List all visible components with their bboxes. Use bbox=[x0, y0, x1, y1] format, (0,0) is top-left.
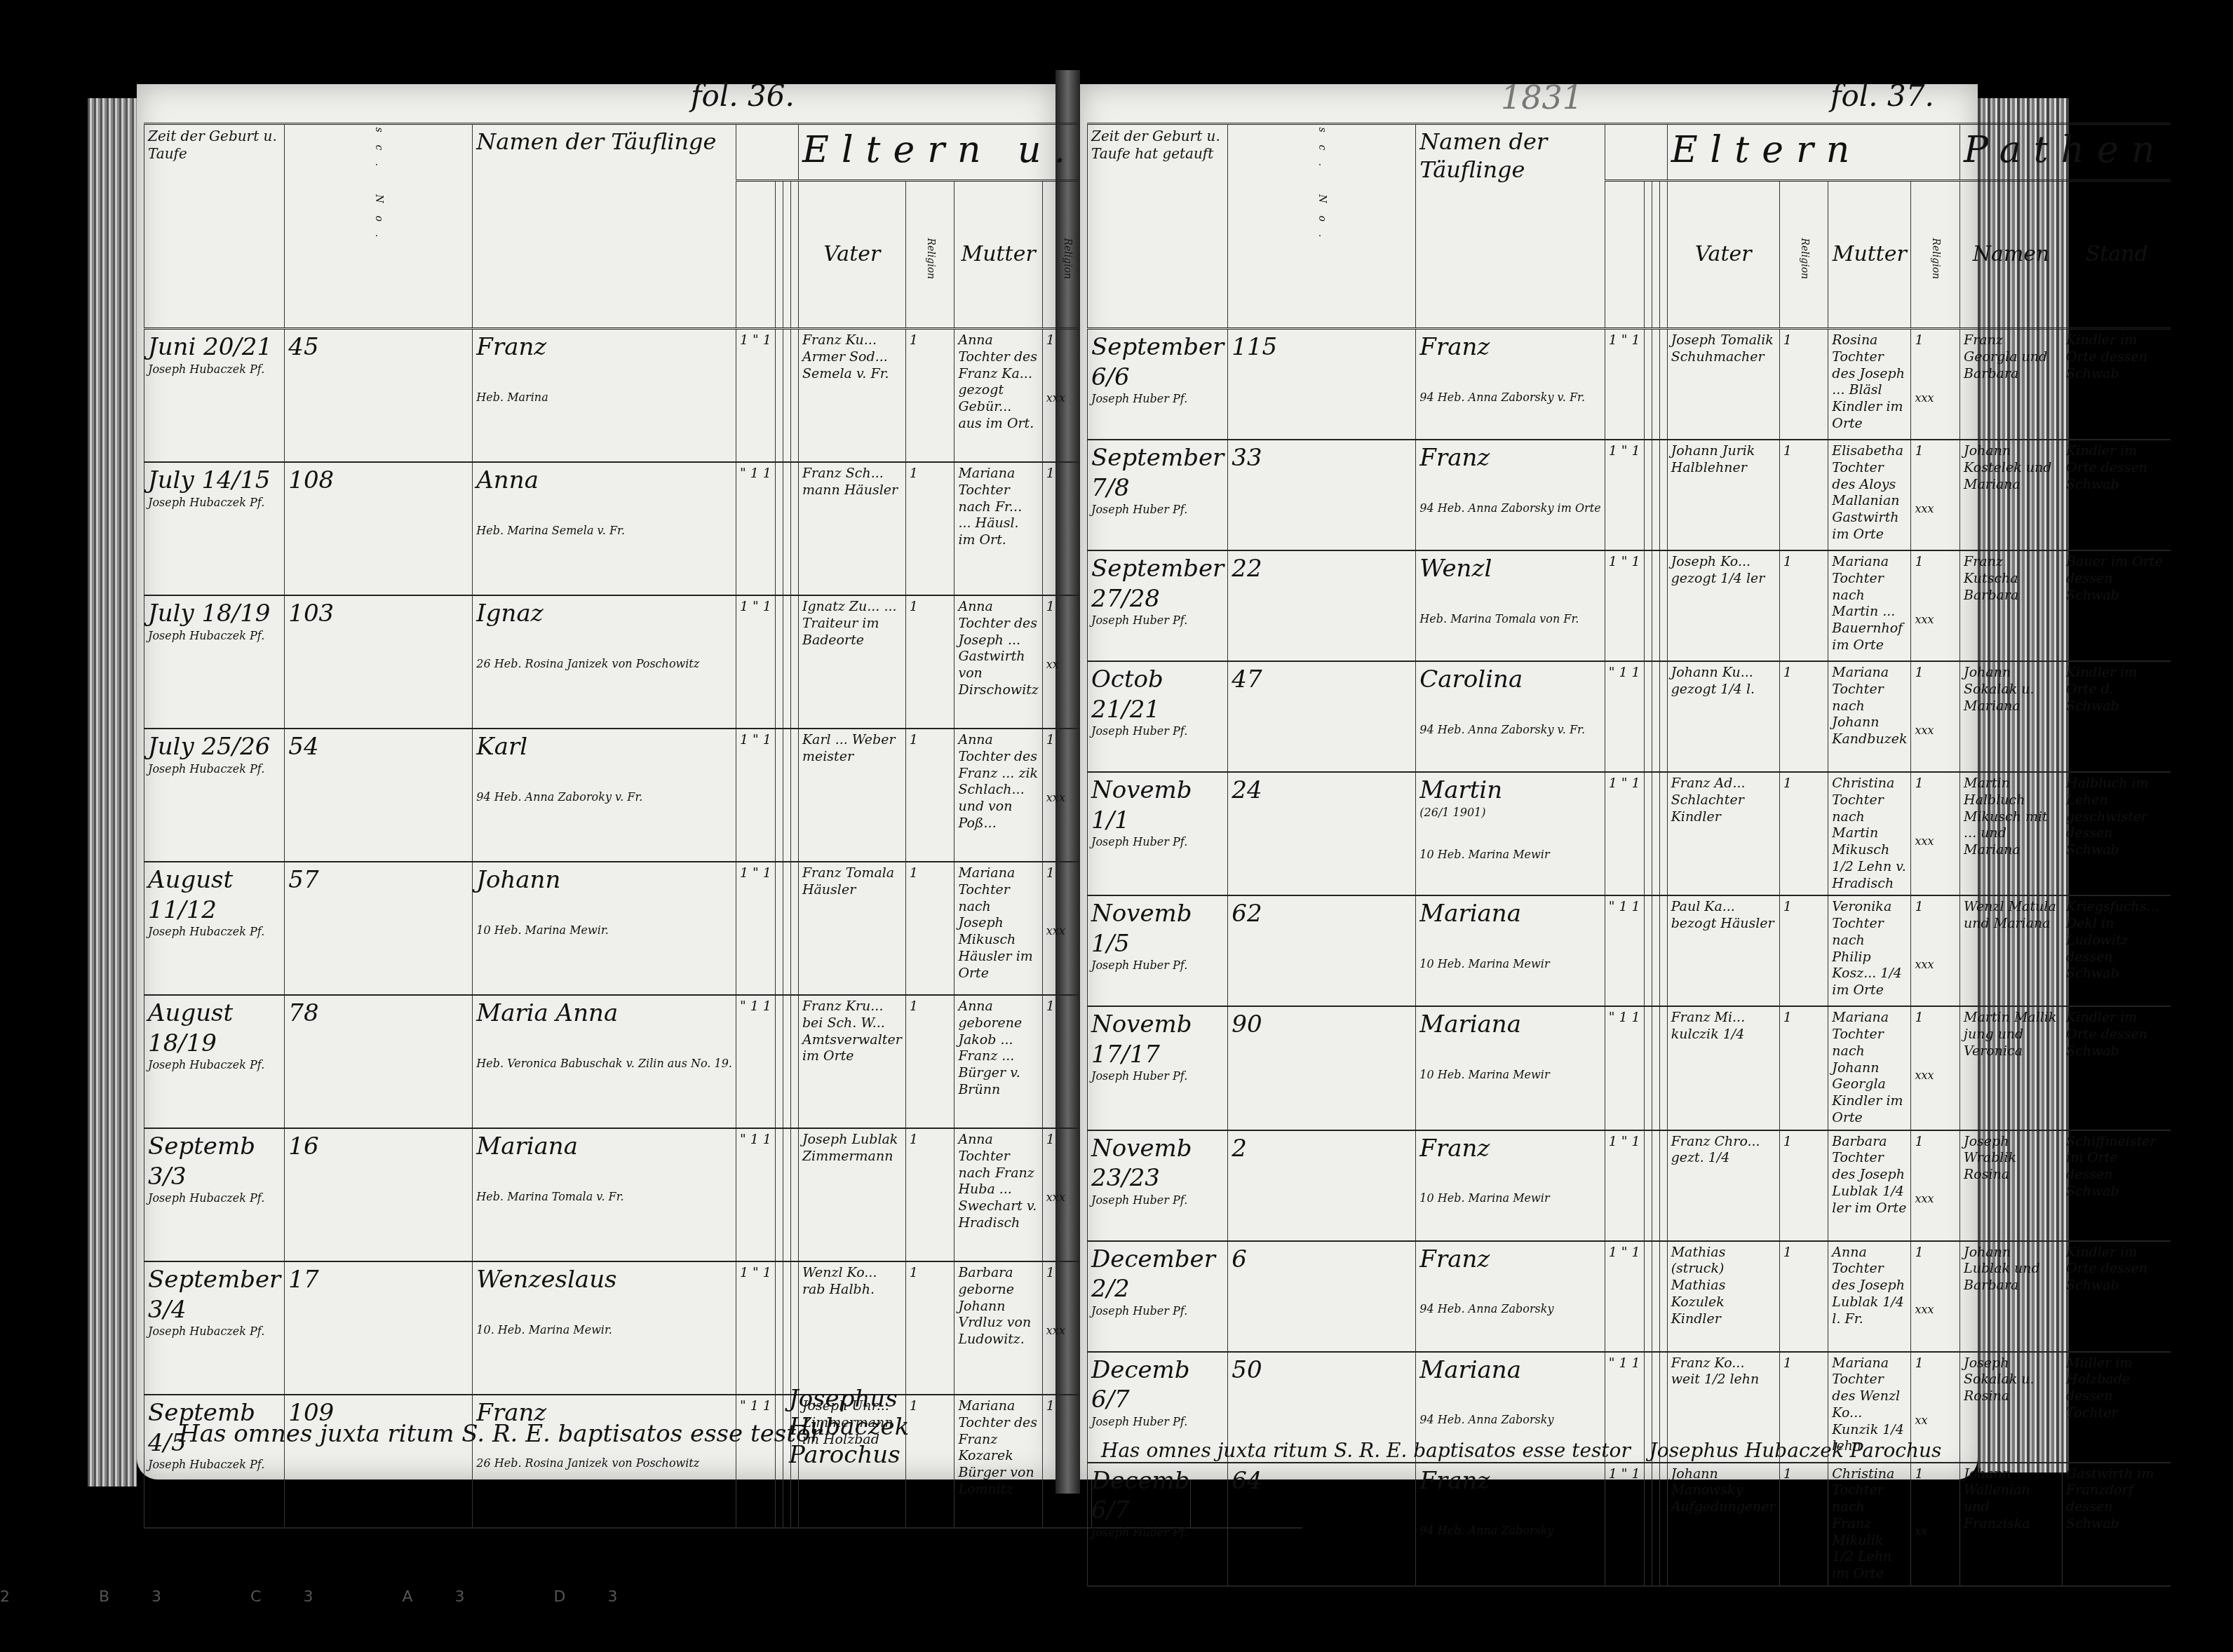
blank bbox=[1652, 1463, 1659, 1586]
house-number: 108 bbox=[285, 462, 473, 595]
date-cell: Novemb 23/23Joseph Huber Pf. bbox=[1088, 1130, 1228, 1241]
blank bbox=[790, 862, 798, 995]
house-number: 103 bbox=[285, 595, 473, 729]
header-religion-father: Religion bbox=[905, 181, 954, 329]
child-name: Franz26 Heb. Rosina Janizek von Poschowi… bbox=[473, 1395, 736, 1528]
child-name: Carolina94 Heb. Anna Zaborsky v. Fr. bbox=[1416, 661, 1605, 772]
house-number: 78 bbox=[285, 995, 473, 1128]
blank bbox=[783, 1128, 790, 1261]
sex-legit-marks: " 1 1 bbox=[1605, 1006, 1644, 1130]
house-number: 115 bbox=[1228, 329, 1416, 440]
father: Franz Mi... kulczik 1/4 bbox=[1667, 1006, 1779, 1130]
father: Karl ... Weber meister bbox=[798, 729, 905, 862]
mother: Mariana Tochter nach Joseph Mikusch Häus… bbox=[954, 862, 1042, 995]
religion-father: 1 bbox=[1779, 440, 1828, 550]
religion-mother: 1xxx bbox=[1911, 661, 1960, 772]
register-entry: September 7/8Joseph Huber Pf.33Franz94 H… bbox=[1088, 440, 2171, 550]
child-name: WenzlHeb. Marina Tomala von Fr. bbox=[1416, 550, 1605, 661]
father: Franz Kru... bei Sch. W... Amtsverwalter… bbox=[798, 995, 905, 1128]
blank bbox=[1659, 661, 1667, 772]
header-date: Zeit der Geburt u. Taufe hat getauft bbox=[1088, 124, 1228, 329]
child-name: Mariana10 Heb. Marina Mewir bbox=[1416, 895, 1605, 1006]
header-sex bbox=[736, 124, 798, 181]
sex-legit-marks: 1 " 1 bbox=[1605, 772, 1644, 895]
blank bbox=[1644, 1130, 1652, 1241]
religion-mother: 1xxx bbox=[1911, 772, 1960, 895]
blank bbox=[1652, 550, 1659, 661]
religion-father: 1 bbox=[905, 462, 954, 595]
house-number: 64 bbox=[1228, 1463, 1416, 1586]
blank bbox=[1644, 329, 1652, 440]
date-cell: December 2/2Joseph Huber Pf. bbox=[1088, 1241, 1228, 1352]
sex-legit-marks: " 1 1 bbox=[736, 1128, 775, 1261]
date-cell: Novemb 17/17Joseph Huber Pf. bbox=[1088, 1006, 1228, 1130]
religion-father: 1 bbox=[905, 329, 954, 463]
child-name: MarianaHeb. Marina Tomala v. Fr. bbox=[473, 1128, 736, 1261]
mother: Christina Tochter nach Franz Mikulik 1/2… bbox=[1828, 1463, 1911, 1586]
religion-father: 1 bbox=[905, 1128, 954, 1261]
father: Franz Ad... Schlachter Kindler bbox=[1667, 772, 1779, 895]
religion-father: 1 bbox=[1779, 1241, 1828, 1352]
blank bbox=[790, 995, 798, 1128]
father: Johann Jurik Halblehner bbox=[1667, 440, 1779, 550]
blank bbox=[1652, 1130, 1659, 1241]
folio-number: fol. 36. bbox=[691, 79, 795, 113]
sex-legit-marks: 1 " 1 bbox=[736, 1261, 775, 1395]
date-cell: Decemb 6/7Joseph Huber Pf. bbox=[1088, 1463, 1228, 1586]
father: Paul Ka... bezogt Häusler bbox=[1667, 895, 1779, 1006]
date-cell: Novemb 1/1Joseph Huber Pf. bbox=[1088, 772, 1228, 895]
father: Johann Manowsky Aufgedungener bbox=[1667, 1463, 1779, 1586]
mother: Veronika Tochter nach Philip Kosz... 1/4… bbox=[1828, 895, 1911, 1006]
blank bbox=[775, 595, 783, 729]
sex-legit-marks: 1 " 1 bbox=[1605, 1463, 1644, 1586]
mother: Mariana Tochter nach Fr... ... Häusl. im… bbox=[954, 462, 1042, 595]
blank bbox=[783, 329, 790, 463]
godparent-stand: Müller im Holzbade dessen Tochter bbox=[2063, 1352, 2171, 1463]
blank bbox=[1644, 1463, 1652, 1586]
blank bbox=[790, 1261, 798, 1395]
left-page: fol. 36. Zeit der Geburt u. Taufe Consc.… bbox=[137, 84, 1055, 1480]
sex-legit-marks: 1 " 1 bbox=[736, 729, 775, 862]
register-entry: September 6/6Joseph Huber Pf.115Franz94 … bbox=[1088, 329, 2171, 440]
religion-father: 1 bbox=[1779, 772, 1828, 895]
blank bbox=[775, 995, 783, 1128]
register-entry: Octob 21/21Joseph Huber Pf.47Carolina94 … bbox=[1088, 661, 2171, 772]
blank bbox=[1644, 895, 1652, 1006]
father: Joseph Ko... gezogt 1/4 ler bbox=[1667, 550, 1779, 661]
date-cell: September 6/6Joseph Huber Pf. bbox=[1088, 329, 1228, 440]
religion-mother: 1xx bbox=[1911, 1463, 1960, 1586]
child-name: AnnaHeb. Marina Semela v. Fr. bbox=[473, 462, 736, 595]
blank bbox=[1652, 1006, 1659, 1130]
scan-calibration-ruler: 2 B3 C3 A3 D3 bbox=[0, 1588, 659, 1606]
father: Johann Ku... gezogt 1/4 l. bbox=[1667, 661, 1779, 772]
blank bbox=[790, 329, 798, 463]
religion-father: 1 bbox=[905, 595, 954, 729]
blank bbox=[1644, 1006, 1652, 1130]
religion-mother: 1xxx bbox=[1911, 1006, 1960, 1130]
header-godparent-stand: Stand bbox=[2063, 181, 2171, 329]
header-godparents: Pathen bbox=[1960, 124, 2171, 181]
blank bbox=[1659, 329, 1667, 440]
date-cell: July 25/26Joseph Hubaczek Pf. bbox=[144, 729, 285, 862]
godparent-names: Franz Kutscha Barbara bbox=[1960, 550, 2063, 661]
sex-legit-marks: " 1 1 bbox=[736, 1395, 775, 1528]
blank bbox=[1644, 1241, 1652, 1352]
religion-father: 1 bbox=[1779, 1463, 1828, 1586]
religion-mother: 1xxx bbox=[1911, 1130, 1960, 1241]
child-name: Wenzeslaus10. Heb. Marina Mewir. bbox=[473, 1261, 736, 1395]
child-name: Martin(26/1 1901)10 Heb. Marina Mewir bbox=[1416, 772, 1605, 895]
godparent-names: Martin Mallik jung und Veronica bbox=[1960, 1006, 2063, 1130]
blank bbox=[1659, 1130, 1667, 1241]
blank bbox=[1659, 1463, 1667, 1586]
mother: Mariana Tochter nach Johann Kandbuzek bbox=[1828, 661, 1911, 772]
header-religion-father: Religion bbox=[1779, 181, 1828, 329]
blank bbox=[1659, 1006, 1667, 1130]
religion-father: 1 bbox=[1779, 329, 1828, 440]
header-parents: Eltern u. bbox=[798, 124, 1091, 181]
religion-father: 1 bbox=[905, 995, 954, 1128]
mother: Elisabetha Tochter des Aloys Mallanian G… bbox=[1828, 440, 1911, 550]
house-number: 109 bbox=[285, 1395, 473, 1528]
header-parents: Eltern bbox=[1667, 124, 1959, 181]
father: Joseph Tomalik Schuhmacher bbox=[1667, 329, 1779, 440]
house-number: 16 bbox=[285, 1128, 473, 1261]
blank bbox=[775, 329, 783, 463]
blank bbox=[790, 1128, 798, 1261]
blank bbox=[1644, 440, 1652, 550]
sex-legit-marks: 1 " 1 bbox=[1605, 440, 1644, 550]
year-annotation: 1831 bbox=[1501, 79, 1583, 116]
date-cell: September 3/4Joseph Hubaczek Pf. bbox=[144, 1261, 285, 1395]
header-number: Consc. No. bbox=[285, 124, 473, 329]
child-name: Ignaz26 Heb. Rosina Janizek von Poschowi… bbox=[473, 595, 736, 729]
godparent-names: Wenzl Matula und Mariana bbox=[1960, 895, 2063, 1006]
blank bbox=[1659, 550, 1667, 661]
house-number: 62 bbox=[1228, 895, 1416, 1006]
blank bbox=[1659, 1241, 1667, 1352]
mother: Mariana Tochter nach Martin ... Bauernho… bbox=[1828, 550, 1911, 661]
godparent-names: Johann Kostelek und Mariana bbox=[1960, 440, 2063, 550]
sex-legit-marks: 1 " 1 bbox=[1605, 1130, 1644, 1241]
blank bbox=[790, 595, 798, 729]
child-name: Maria AnnaHeb. Veronica Babuschak v. Zil… bbox=[473, 995, 736, 1128]
date-cell: September 7/8Joseph Huber Pf. bbox=[1088, 440, 1228, 550]
mother: Christina Tochter nach Martin Mikusch 1/… bbox=[1828, 772, 1911, 895]
father: Franz Tomala Häusler bbox=[798, 862, 905, 995]
date-cell: Septemb 3/3Joseph Hubaczek Pf. bbox=[144, 1128, 285, 1261]
house-number: 24 bbox=[1228, 772, 1416, 895]
date-cell: Septemb 4/5Joseph Hubaczek Pf. bbox=[144, 1395, 285, 1528]
godparent-names: Joseph Wrablik Rosina bbox=[1960, 1130, 2063, 1241]
mother: Anna Tochter nach Franz Huba ... Swechar… bbox=[954, 1128, 1042, 1261]
godparent-stand: Kriegsfuchs... Dekl in Ludowitz dessen S… bbox=[2063, 895, 2171, 1006]
sex-legit-marks: 1 " 1 bbox=[1605, 329, 1644, 440]
blank bbox=[1652, 329, 1659, 440]
father: Ignatz Zu... ... Traiteur im Badeorte bbox=[798, 595, 905, 729]
house-number: 45 bbox=[285, 329, 473, 463]
house-number: 17 bbox=[285, 1261, 473, 1395]
religion-father: 1 bbox=[905, 729, 954, 862]
sex-legit-marks: 1 " 1 bbox=[1605, 550, 1644, 661]
blank bbox=[1644, 772, 1652, 895]
blank bbox=[1659, 772, 1667, 895]
blank bbox=[1652, 895, 1659, 1006]
father: Wenzl Ko... rab Halbh. bbox=[798, 1261, 905, 1395]
mother: Anna Tochter des Joseph ... Gastwirth vo… bbox=[954, 595, 1042, 729]
godparent-names: Martin Halbluch Mikusch mit ... und Mari… bbox=[1960, 772, 2063, 895]
header-godparent-name: Namen bbox=[1960, 181, 2063, 329]
header-father: Vater bbox=[798, 181, 905, 329]
date-cell: September 27/28Joseph Huber Pf. bbox=[1088, 550, 1228, 661]
header-father: Vater bbox=[1667, 181, 1779, 329]
left-page-edges bbox=[88, 98, 137, 1487]
date-cell: Octob 21/21Joseph Huber Pf. bbox=[1088, 661, 1228, 772]
house-number: 6 bbox=[1228, 1241, 1416, 1352]
header-mother: Mutter bbox=[1828, 181, 1911, 329]
godparent-stand: Halbluch im Lehen geschwister dessen Sch… bbox=[2063, 772, 2171, 895]
religion-father: 1 bbox=[1779, 1006, 1828, 1130]
child-name: Franz94 Heb. Anna Zaborsky bbox=[1416, 1241, 1605, 1352]
mother: Anna geborene Jakob ... Franz ... Bürger… bbox=[954, 995, 1042, 1128]
child-name: Franz94 Heb. Anna Zaborsky v. Fr. bbox=[1416, 329, 1605, 440]
child-name: Franz94 Heb. Anna Zaborsky im Orte bbox=[1416, 440, 1605, 550]
blank bbox=[1644, 550, 1652, 661]
header-mother: Mutter bbox=[954, 181, 1042, 329]
blank bbox=[1652, 661, 1659, 772]
attestation-text: Has omnes juxta ritum S. R. E. baptisato… bbox=[1101, 1439, 1971, 1462]
blank bbox=[783, 1261, 790, 1395]
child-name: FranzHeb. Marina bbox=[473, 329, 736, 463]
date-cell: August 11/12Joseph Hubaczek Pf. bbox=[144, 862, 285, 995]
header-date: Zeit der Geburt u. Taufe bbox=[144, 124, 285, 329]
blank bbox=[790, 729, 798, 862]
house-number: 47 bbox=[1228, 661, 1416, 772]
child-name: Mariana10 Heb. Marina Mewir bbox=[1416, 1006, 1605, 1130]
child-name: Franz10 Heb. Marina Mewir bbox=[1416, 1130, 1605, 1241]
religion-father: 1 bbox=[905, 1261, 954, 1395]
father: Joseph Lublak Zimmermann bbox=[798, 1128, 905, 1261]
godparent-stand: Gastwirth im Franzdorf dessen Schwab bbox=[2063, 1463, 2171, 1586]
house-number: 57 bbox=[285, 862, 473, 995]
mother: Anna Tochter des Franz Ka... gezogt Gebü… bbox=[954, 329, 1042, 463]
blank bbox=[783, 862, 790, 995]
blank bbox=[783, 595, 790, 729]
religion-father: 1 bbox=[1779, 550, 1828, 661]
mother: Anna Tochter des Franz ... zik Schlach..… bbox=[954, 729, 1042, 862]
religion-father: 1 bbox=[905, 862, 954, 995]
register-entry: Decemb 6/7Joseph Huber Pf.64Franz94 Heb.… bbox=[1088, 1463, 2171, 1586]
religion-mother: 1xxx bbox=[1911, 1241, 1960, 1352]
religion-mother: 1xxx bbox=[1911, 895, 1960, 1006]
religion-mother: 1xxx bbox=[1911, 440, 1960, 550]
header-child: Namen der Täuflinge bbox=[1416, 124, 1605, 329]
house-number: 33 bbox=[1228, 440, 1416, 550]
godparent-names: Johann Lublak und Barbara bbox=[1960, 1241, 2063, 1352]
attestation-text: Has omnes juxta ritum S. R. E. baptisato… bbox=[179, 1420, 822, 1448]
blank bbox=[775, 462, 783, 595]
blank bbox=[775, 1395, 783, 1528]
sex-legit-marks: " 1 1 bbox=[736, 462, 775, 595]
father: Franz Chro... gezt. 1/4 bbox=[1667, 1130, 1779, 1241]
sex-legit-marks: " 1 1 bbox=[736, 995, 775, 1128]
father: Franz Sch... mann Häusler bbox=[798, 462, 905, 595]
header-religion-mother: Religion bbox=[1911, 181, 1960, 329]
mother: Mariana Tochter nach Johann Georgla Kind… bbox=[1828, 1006, 1911, 1130]
register-entry: Novemb 17/17Joseph Huber Pf.90Mariana10 … bbox=[1088, 1006, 2171, 1130]
religion-father: 1 bbox=[1779, 1130, 1828, 1241]
sex-legit-marks: 1 " 1 bbox=[736, 862, 775, 995]
sex-legit-marks: " 1 1 bbox=[1605, 895, 1644, 1006]
house-number: 2 bbox=[1228, 1130, 1416, 1241]
blank bbox=[1652, 440, 1659, 550]
header-child: Namen der Täuflinge bbox=[473, 124, 736, 329]
sex-legit-marks: 1 " 1 bbox=[1605, 1241, 1644, 1352]
godparent-names: Johann Wallenian und Franziska bbox=[1960, 1463, 2063, 1586]
godparent-names: Joseph Sokalak u. Rosina bbox=[1960, 1352, 2063, 1463]
date-cell: July 18/19Joseph Hubaczek Pf. bbox=[144, 595, 285, 729]
register-entry: Novemb 23/23Joseph Huber Pf.2Franz10 Heb… bbox=[1088, 1130, 2171, 1241]
godparent-stand: Kindler im Orte dessen Schwab bbox=[2063, 329, 2171, 440]
mother: Rosina Tochter des Joseph ... Bläsl Kind… bbox=[1828, 329, 1911, 440]
blank bbox=[790, 462, 798, 595]
right-page: 1831 fol. 37. Zeit der Geburt u. Taufe h… bbox=[1080, 84, 1978, 1480]
blank bbox=[1659, 895, 1667, 1006]
godparent-names: Johann Sokalak u. Mariana bbox=[1960, 661, 2063, 772]
header-sex bbox=[1605, 124, 1667, 181]
register-entry: December 2/2Joseph Huber Pf.6Franz94 Heb… bbox=[1088, 1241, 2171, 1352]
godparent-stand: Kindler im Orte dessen Schwab bbox=[2063, 440, 2171, 550]
child-name: Johann10 Heb. Marina Mewir. bbox=[473, 862, 736, 995]
blank bbox=[783, 462, 790, 595]
godparent-stand: Kindler im Orte dessen Schwab bbox=[2063, 1241, 2171, 1352]
religion-mother: 1xxx bbox=[1911, 550, 1960, 661]
house-number: 90 bbox=[1228, 1006, 1416, 1130]
date-cell: July 14/15Joseph Hubaczek Pf. bbox=[144, 462, 285, 595]
sex-legit-marks: 1 " 1 bbox=[736, 595, 775, 729]
house-number: 54 bbox=[285, 729, 473, 862]
blank bbox=[775, 1261, 783, 1395]
mother: Barbara geborne Johann Vrdluz von Ludowi… bbox=[954, 1261, 1042, 1395]
blank bbox=[1644, 661, 1652, 772]
child-name: Franz94 Heb. Anna Zaborsky bbox=[1416, 1463, 1605, 1586]
date-cell: August 18/19Joseph Hubaczek Pf. bbox=[144, 995, 285, 1128]
blank bbox=[775, 729, 783, 862]
date-cell: Novemb 1/5Joseph Huber Pf. bbox=[1088, 895, 1228, 1006]
godparent-stand: Kindler im Orte d. Schwab bbox=[2063, 661, 2171, 772]
mother: Anna Tochter des Joseph Lublak 1/4 l. Fr… bbox=[1828, 1241, 1911, 1352]
blank bbox=[1652, 1241, 1659, 1352]
sex-legit-marks: 1 " 1 bbox=[736, 329, 775, 463]
child-name: Karl94 Heb. Anna Zaboroky v. Fr. bbox=[473, 729, 736, 862]
sex-legit-marks: " 1 1 bbox=[1605, 661, 1644, 772]
register-entry: September 27/28Joseph Huber Pf.22WenzlHe… bbox=[1088, 550, 2171, 661]
father: Franz Ku... Armer Sod... Semela v. Fr. bbox=[798, 329, 905, 463]
blank bbox=[1659, 440, 1667, 550]
register-table-right: Zeit der Geburt u. Taufe hat getauft Con… bbox=[1087, 123, 2171, 1587]
godparent-stand: Schiffmeister im Orte dessen Schwab bbox=[2063, 1130, 2171, 1241]
father: Mathias (struck) Mathias Kozulek Kindler bbox=[1667, 1241, 1779, 1352]
blank bbox=[783, 995, 790, 1128]
folio-number: fol. 37. bbox=[1830, 79, 1934, 113]
godparent-stand: Bauer im Orte dessen Schwab bbox=[2063, 550, 2171, 661]
date-cell: Juni 20/21Joseph Hubaczek Pf. bbox=[144, 329, 285, 463]
religion-father: 1 bbox=[1779, 661, 1828, 772]
religion-mother: 1xxx bbox=[1911, 329, 1960, 440]
religion-father: 1 bbox=[1779, 895, 1828, 1006]
mother: Barbara Tochter des Joseph Lublak 1/4 le… bbox=[1828, 1130, 1911, 1241]
register-entry: Novemb 1/1Joseph Huber Pf.24Martin(26/1 … bbox=[1088, 772, 2171, 895]
parish-priest-signature: Josephus Hubaczek Parochus bbox=[789, 1385, 999, 1469]
godparent-names: Franz Georgla und Barbara bbox=[1960, 329, 2063, 440]
blank bbox=[775, 862, 783, 995]
register-entry: Novemb 1/5Joseph Huber Pf.62Mariana10 He… bbox=[1088, 895, 2171, 1006]
blank bbox=[1652, 772, 1659, 895]
godparent-stand: Kindler im Orte dessen Schwab bbox=[2063, 1006, 2171, 1130]
blank bbox=[783, 729, 790, 862]
blank bbox=[775, 1128, 783, 1261]
house-number: 22 bbox=[1228, 550, 1416, 661]
header-number: Consc. No. bbox=[1228, 124, 1416, 329]
